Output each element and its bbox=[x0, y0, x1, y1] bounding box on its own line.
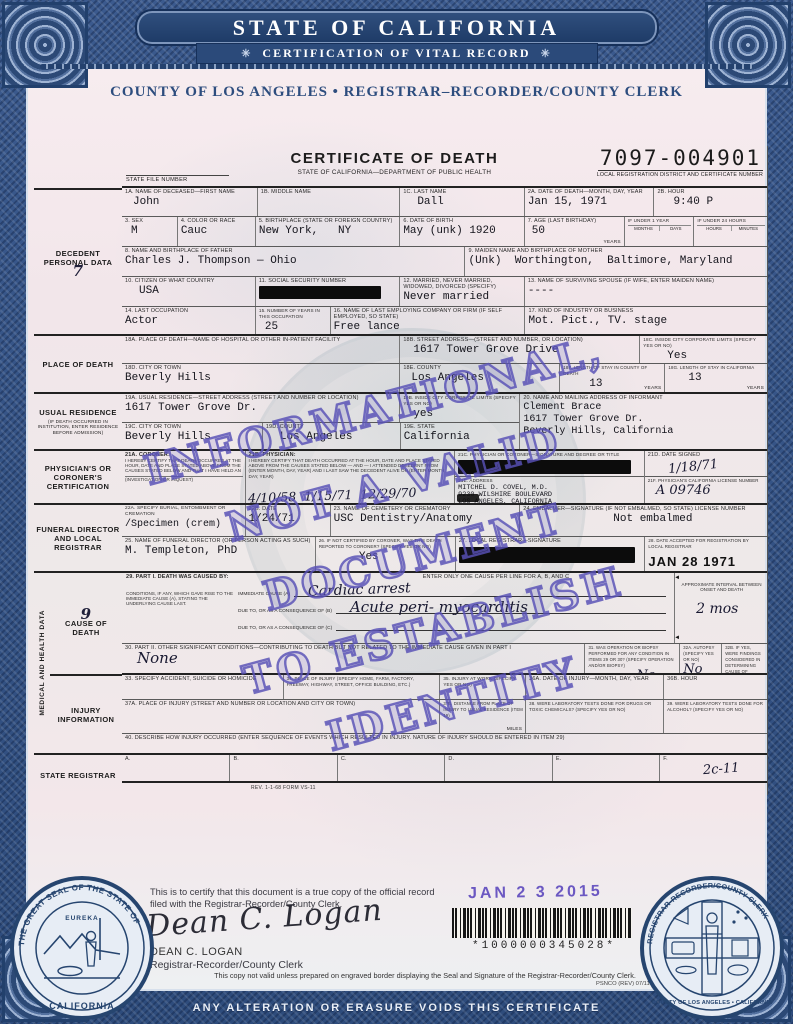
certificate-number: 7097-004901 bbox=[598, 146, 763, 171]
value: Los Angeles bbox=[280, 431, 398, 443]
registrar-title: Registrar-Recorder/County Clerk bbox=[150, 959, 303, 971]
label: 28. DATE ACCEPTED FOR REGISTRATION BY LO… bbox=[648, 538, 765, 550]
value: M. Templeton, PhD bbox=[125, 545, 313, 557]
label: 19E. STATE bbox=[404, 424, 518, 430]
handwritten-value: Acute peri- myocarditis bbox=[350, 600, 528, 614]
handwritten-value: No bbox=[683, 663, 719, 673]
section-label: INJURY INFORMATION bbox=[52, 706, 120, 724]
county-clerk-seal-graphic: REGISTRAR-RECORDER/COUNTY CLERK COUNTY O… bbox=[638, 874, 786, 1022]
registrar-col-b: B. bbox=[229, 755, 336, 781]
cause-header: 29. PART I. DEATH WAS CAUSED BY: ENTER O… bbox=[126, 574, 670, 580]
field-24-embalmer: 24. EMBALMER—SIGNATURE (IF NOT EMBALMED,… bbox=[519, 505, 767, 536]
field-7-age: 7. AGE (LAST BIRTHDAY) 50 YEARS bbox=[524, 217, 624, 246]
row-occupation: 14. LAST OCCUPATION Actor 15. NUMBER OF … bbox=[122, 306, 767, 334]
great-seal-of-california: THE GREAT SEAL OF THE STATE OF CALIFORNI… bbox=[8, 874, 156, 1022]
handwritten-value: Cardiac arrest bbox=[308, 581, 411, 599]
label: IMMEDIATE CAUSE (A) bbox=[238, 592, 290, 597]
label: 32A. AUTOPSY (SPECIFY YES OR NO) bbox=[683, 645, 719, 663]
field-1a-first-name: 1A. NAME OF DECEASED—FIRST NAME John bbox=[122, 188, 257, 216]
value: 9:40 P bbox=[673, 196, 765, 208]
label: 7. AGE (LAST BIRTHDAY) bbox=[528, 218, 622, 224]
row-burial: 22A. SPECIFY BURIAL, ENTOMBMENT OR CREMA… bbox=[122, 503, 767, 536]
label: 32B. IF YES, WERE FINDINGS CONSIDERED IN… bbox=[725, 645, 765, 673]
row-sex-race-birth: 3. SEX M 4. COLOR OR RACE Cauc 5. BIRTHP… bbox=[122, 216, 767, 246]
label: 39. WERE LABORATORY TESTS DONE FOR ALCOH… bbox=[667, 701, 765, 713]
field-19e-state: 19E. STATE California bbox=[400, 423, 520, 449]
label: 4. COLOR OR RACE bbox=[181, 218, 253, 224]
value: ---- bbox=[528, 285, 765, 297]
row-injury-description: 40. DESCRIBE HOW INJURY OCCURRED (ENTER … bbox=[122, 733, 767, 753]
row-citizen-ssn-marital: 10. CITIZEN OF WHAT COUNTRY USA 11. SOCI… bbox=[122, 276, 767, 306]
cause-note: ENTER ONLY ONE CAUSE PER LINE FOR A, B, … bbox=[322, 574, 670, 580]
field-10-citizen: 10. CITIZEN OF WHAT COUNTRY USA bbox=[122, 277, 255, 306]
field-21f-license-number: 21F. PHYSICIAN'S CALIFORNIA LICENSE NUMB… bbox=[645, 476, 767, 503]
value-line: Clement Brace bbox=[523, 402, 765, 414]
row-certification: 21A. CORONER: I HEREBY CERTIFY THAT DEAT… bbox=[122, 449, 767, 503]
state-banner-text: STATE OF CALIFORNIA bbox=[233, 15, 560, 41]
field-35-injury-at-work: 35. INJURY AT WORK (SPECIFY YES OR NO) bbox=[439, 675, 525, 699]
label: 5. BIRTHPLACE (STATE OR FOREIGN COUNTRY) bbox=[259, 218, 397, 224]
value: Beverly Hills bbox=[125, 372, 397, 384]
handwritten-note: 2c-11 bbox=[703, 760, 766, 778]
section-label-column: DECEDENT PERSONAL DATA 7 PLACE OF DEATH … bbox=[34, 146, 122, 795]
beaded-rule bbox=[40, 64, 753, 69]
vital-record-banner-text: CERTIFICATION OF VITAL RECORD bbox=[262, 46, 530, 61]
value: M bbox=[131, 225, 175, 237]
field-36a-date-of-injury: 36A. DATE OF INJURY—MONTH, DAY, YEAR bbox=[525, 675, 663, 699]
row-parents: 8. NAME AND BIRTHPLACE OF FATHER Charles… bbox=[122, 246, 767, 276]
field-12-marital-status: 12. MARRIED, NEVER MARRIED, WIDOWED, DIV… bbox=[399, 277, 523, 306]
field-29-interval-column: ◄ ◄ APPROXIMATE INTERVAL BETWEEN ONSET A… bbox=[674, 573, 767, 643]
handwritten-attendance-dates: 4/10/58 1/15/71 12/29/70 bbox=[247, 483, 454, 503]
field-21b-physician: 21B. PHYSICIAN: I HEREBY CERTIFY THAT DE… bbox=[245, 451, 455, 503]
label: 1A. NAME OF DECEASED—FIRST NAME bbox=[125, 189, 255, 195]
registrar-recorder-seal: REGISTRAR-RECORDER/COUNTY CLERK COUNTY O… bbox=[638, 874, 786, 1022]
california-seal-graphic: THE GREAT SEAL OF THE STATE OF CALIFORNI… bbox=[8, 874, 156, 1022]
field-36b-hour: 36B. HOUR bbox=[663, 675, 767, 699]
label: 29. PART I. DEATH WAS CAUSED BY: bbox=[126, 574, 322, 580]
value: 1617 Tower Grove Dr. bbox=[125, 402, 397, 414]
label: 14. LAST OCCUPATION bbox=[125, 308, 253, 314]
section-injury-information: INJURY INFORMATION bbox=[50, 674, 122, 754]
label: 1B. MIDDLE NAME bbox=[261, 189, 398, 195]
value: (Unk) Worthington, Baltimore, Maryland bbox=[468, 255, 765, 267]
state-banner: STATE OF CALIFORNIA bbox=[135, 9, 659, 46]
registrar-name: DEAN C. LOGAN bbox=[150, 946, 243, 958]
death-certificate-form: DECEDENT PERSONAL DATA 7 PLACE OF DEATH … bbox=[34, 146, 768, 795]
section-label: CAUSE OF DEATH bbox=[52, 619, 120, 637]
arrow-icon: ◄ bbox=[674, 575, 680, 581]
label: 1C. LAST NAME bbox=[403, 189, 521, 195]
field-33-accident-suicide-homicide: 33. SPECIFY ACCIDENT, SUICIDE OR HOMICID… bbox=[122, 675, 283, 699]
label: 35. INJURY AT WORK (SPECIFY YES OR NO) bbox=[443, 676, 523, 688]
value: yes bbox=[413, 408, 517, 420]
field-18e-county: 18E. COUNTY Los Angeles bbox=[399, 364, 559, 392]
label: E. bbox=[556, 756, 657, 762]
label: 6. DATE OF BIRTH bbox=[403, 218, 521, 224]
field-11-ssn: 11. SOCIAL SECURITY NUMBER bbox=[255, 277, 399, 306]
field-7-if-under-1-year: IF UNDER 1 YEAR MONTHS DAYS bbox=[624, 217, 694, 246]
sub-columns: HOURS MINUTES bbox=[697, 225, 765, 231]
field-6-date-of-birth: 6. DATE OF BIRTH May (unk) 1920 bbox=[399, 217, 523, 246]
label: 25. NAME OF FUNERAL DIRECTOR (OR PERSON … bbox=[125, 538, 313, 544]
sub-columns: MONTHS DAYS bbox=[628, 225, 692, 231]
svg-text:EUREKA: EUREKA bbox=[65, 915, 98, 922]
value: Free lance bbox=[334, 321, 523, 333]
registration-date-stamp: JAN 28 1971 bbox=[648, 554, 765, 569]
corner-ornament-top-left bbox=[2, 2, 88, 88]
section-funeral-director: FUNERAL DIRECTOR AND LOCAL REGISTRAR bbox=[34, 503, 122, 571]
label: 22A. SPECIFY BURIAL, ENTOMBMENT OR CREMA… bbox=[125, 506, 243, 518]
value: USA bbox=[139, 285, 253, 297]
label: 8. NAME AND BIRTHPLACE OF FATHER bbox=[125, 248, 462, 254]
value: 13 bbox=[688, 372, 765, 384]
label: 18E. COUNTY bbox=[403, 365, 557, 371]
label: 37B. DISTANCE FROM PLACE OF INJURY TO US… bbox=[443, 701, 523, 719]
value: 1/24/71 bbox=[249, 513, 328, 525]
label: 24. EMBALMER—SIGNATURE (IF NOT EMBALMED,… bbox=[523, 506, 765, 512]
label: 13. NAME OF SURVIVING SPOUSE (IF WIFE, E… bbox=[528, 278, 765, 284]
cause-line-b: DUE TO, OR AS A CONSEQUENCE OF (B) Acute… bbox=[238, 598, 670, 614]
field-7-if-under-24-hours: IF UNDER 24 HOURS HOURS MINUTES bbox=[693, 217, 767, 246]
section-physician-certification: PHYSICIAN'S OR CORONER'S CERTIFICATION bbox=[34, 449, 122, 503]
certificate-number-box: 7097-004901 LOCAL REGISTRATION DISTRICT … bbox=[539, 146, 767, 186]
subrow-19a-19b: 19A. USUAL RESIDENCE—STREET ADDRESS (STR… bbox=[122, 394, 519, 422]
redaction-bar bbox=[459, 547, 635, 563]
label: DUE TO, OR AS A CONSEQUENCE OF (C) bbox=[238, 626, 332, 631]
cause-line-a: IMMEDIATE CAUSE (A) Cardiac arrest bbox=[238, 581, 670, 597]
label: 34. PLACE OF INJURY (SPECIFY HOME, FARM,… bbox=[287, 676, 438, 688]
corner-ornament-top-right bbox=[705, 2, 791, 88]
label: 12. MARRIED, NEVER MARRIED, WIDOWED, DIV… bbox=[403, 278, 521, 290]
handwritten-value: None bbox=[137, 651, 582, 665]
value: 50 bbox=[532, 225, 622, 237]
registrar-col-c: C. bbox=[337, 755, 444, 781]
row-injury-1: 33. SPECIFY ACCIDENT, SUICIDE OR HOMICID… bbox=[122, 673, 767, 699]
field-18c-inside-city-limits: 18C. INSIDE CITY CORPORATE LIMITS (SPECI… bbox=[639, 336, 767, 363]
field-37b-distance: 37B. DISTANCE FROM PLACE OF INJURY TO US… bbox=[439, 700, 525, 733]
field-21c-signature: 21C. PHYSICIAN OR CORONER—SIGNATURE AND … bbox=[455, 451, 644, 476]
field-18g-length-of-stay-california: 18G. LENGTH OF STAY IN CALIFORNIA 13 YEA… bbox=[664, 364, 767, 392]
handwritten-mark: 7 bbox=[73, 267, 84, 276]
section-label: FUNERAL DIRECTOR AND LOCAL REGISTRAR bbox=[36, 525, 120, 552]
field-16-employing-company: 16. NAME OF LAST EMPLOYING COMPANY OR FI… bbox=[330, 307, 525, 334]
field-19d-county: 19D. COUNTY Los Angeles bbox=[262, 423, 400, 449]
label: B. bbox=[233, 756, 334, 762]
row-place-of-death: 18A. PLACE OF DEATH—NAME OF HOSPITAL OR … bbox=[122, 334, 767, 363]
field-13-surviving-spouse: 13. NAME OF SURVIVING SPOUSE (IF WIFE, E… bbox=[524, 277, 767, 306]
section-place-of-death: PLACE OF DEATH bbox=[34, 334, 122, 392]
row-state-registrar: A. B. C. D. E. F. 2c-11 bbox=[122, 753, 767, 783]
label: 26. IF NOT CERTIFIED BY CORONER, WAS THI… bbox=[319, 538, 453, 550]
label: 18F. LENGTH OF STAY IN COUNTY OF DEATH bbox=[563, 365, 662, 377]
value-line: 1617 Tower Grove Dr. bbox=[523, 414, 765, 426]
field-18d-city: 18D. CITY OR TOWN Beverly Hills bbox=[122, 364, 399, 392]
label: 38. WERE LABORATORY TESTS DONE FOR DRUGS… bbox=[529, 701, 661, 713]
value: 1617 Tower Grove Drive bbox=[413, 344, 637, 356]
county-line: COUNTY OF LOS ANGELES • REGISTRAR–RECORD… bbox=[0, 84, 793, 101]
redaction-bar bbox=[458, 460, 631, 474]
label: 33. SPECIFY ACCIDENT, SUICIDE OR HOMICID… bbox=[125, 676, 281, 682]
entry-line: Acute peri- myocarditis bbox=[336, 598, 666, 614]
entry-line: Cardiac arrest bbox=[294, 581, 666, 597]
section-label: USUAL RESIDENCE bbox=[39, 408, 117, 417]
field-14-last-occupation: 14. LAST OCCUPATION Actor bbox=[122, 307, 255, 334]
certification-text: I HEREBY CERTIFY THAT DEATH OCCURRED AT … bbox=[125, 458, 243, 474]
value: Never married bbox=[403, 291, 521, 303]
unit-label: MILES bbox=[507, 727, 522, 732]
vertical-label-text: MEDICAL AND HEALTH DATA bbox=[38, 610, 47, 716]
unit-label: YEARS bbox=[747, 386, 764, 391]
label: 18B. STREET ADDRESS—(STREET AND NUMBER, … bbox=[403, 337, 637, 343]
label: 31. WAS OPERATION OR BIOPSY PERFORMED FO… bbox=[588, 645, 677, 669]
label: 15. NUMBER OF YEARS IN THIS OCCUPATION bbox=[259, 308, 328, 320]
title-block: STATE FILE NUMBER CERTIFICATE OF DEATH S… bbox=[122, 146, 767, 188]
value: USC Dentistry/Anatomy bbox=[334, 513, 518, 525]
ink-stamp-blot bbox=[457, 494, 479, 502]
label: 11. SOCIAL SECURITY NUMBER bbox=[259, 278, 397, 284]
certificate-title: CERTIFICATE OF DEATH bbox=[250, 150, 538, 167]
section-label: PLACE OF DEATH bbox=[43, 360, 114, 369]
subrow-19c-19e: 19C. CITY OR TOWN Beverly Hills 19D. COU… bbox=[122, 422, 519, 449]
handwritten-value: A 09746 bbox=[656, 484, 765, 498]
field-28-date-accepted: 28. DATE ACCEPTED FOR REGISTRATION BY LO… bbox=[644, 537, 767, 571]
label: IF UNDER 1 YEAR bbox=[628, 218, 692, 224]
label: 36A. DATE OF INJURY—MONTH, DAY, YEAR bbox=[529, 676, 661, 682]
field-30-other-significant-conditions: 30. PART II. OTHER SIGNIFICANT CONDITION… bbox=[122, 644, 584, 673]
conditions-label: CONDITIONS, IF ANY, WHICH GAVE RISE TO T… bbox=[126, 591, 234, 607]
label: DUE TO, OR AS A CONSEQUENCE OF (B) bbox=[238, 609, 332, 614]
label: 27. LOCAL REGISTRAR—SIGNATURE bbox=[459, 538, 643, 544]
state-file-number-box: STATE FILE NUMBER bbox=[122, 146, 250, 186]
entry-line bbox=[336, 615, 666, 631]
vital-record-banner: ✳ CERTIFICATION OF VITAL RECORD ✳ bbox=[196, 43, 598, 64]
local-registration-label: LOCAL REGISTRATION DISTRICT AND CERTIFIC… bbox=[539, 172, 763, 178]
label: 18A. PLACE OF DEATH—NAME OF HOSPITAL OR … bbox=[125, 337, 397, 343]
field-21e-address: 21E. ADDRESS MITCHEL D. COVEL, M.D. 9230… bbox=[455, 476, 644, 503]
field-1c-last-name: 1C. LAST NAME Dall bbox=[399, 188, 523, 216]
registrar-col-a: A. bbox=[122, 755, 229, 781]
usual-residence-block: 19A. USUAL RESIDENCE—STREET ADDRESS (STR… bbox=[122, 394, 519, 449]
label: 16. NAME OF LAST EMPLOYING COMPANY OR FI… bbox=[334, 308, 523, 320]
sub-label: MONTHS bbox=[628, 226, 659, 231]
value: Mot. Pict., TV. stage bbox=[528, 315, 765, 327]
value: /Specimen (crem) bbox=[125, 519, 243, 531]
signature-address-block: 21C. PHYSICIAN OR CORONER—SIGNATURE AND … bbox=[454, 451, 644, 503]
registrar-col-f: F. 2c-11 bbox=[659, 755, 767, 781]
row-injury-2: 37A. PLACE OF INJURY (STREET AND NUMBER … bbox=[122, 699, 767, 733]
field-27-local-registrar-signature: 27. LOCAL REGISTRAR—SIGNATURE bbox=[455, 537, 645, 571]
value: Actor bbox=[125, 315, 253, 327]
issue-date-stamp: JAN 2 3 2015 bbox=[468, 883, 603, 903]
value: Los Angeles bbox=[411, 372, 557, 384]
field-5-birthplace: 5. BIRTHPLACE (STATE OR FOREIGN COUNTRY)… bbox=[255, 217, 399, 246]
value-line: Beverly Hills, California bbox=[523, 426, 765, 438]
field-22a-burial-type: 22A. SPECIFY BURIAL, ENTOMBMENT OR CREMA… bbox=[122, 505, 245, 536]
label: 2B. HOUR bbox=[657, 189, 765, 195]
certification-line-1: This is to certify that this document is… bbox=[150, 887, 435, 899]
arrow-icon: ◄ bbox=[674, 635, 680, 641]
registrar-col-d: D. bbox=[444, 755, 551, 781]
unit-label: YEARS bbox=[644, 386, 661, 391]
row-funeral-director: 25. NAME OF FUNERAL DIRECTOR (OR PERSON … bbox=[122, 536, 767, 571]
label: 18D. CITY OR TOWN bbox=[125, 365, 397, 371]
certificate-title-box: CERTIFICATE OF DEATH STATE OF CALIFORNIA… bbox=[250, 146, 538, 186]
value: Yes bbox=[359, 551, 453, 563]
certification-text: I HEREBY CERTIFY THAT DEATH OCCURRED AT … bbox=[249, 458, 453, 479]
field-34-place-of-injury-type: 34. PLACE OF INJURY (SPECIFY HOME, FARM,… bbox=[283, 675, 440, 699]
svg-text:CALIFORNIA: CALIFORNIA bbox=[49, 1001, 115, 1011]
value: Cauc bbox=[181, 225, 253, 237]
field-4-color-or-race: 4. COLOR OR RACE Cauc bbox=[177, 217, 255, 246]
star-ornament-icon: ✳ bbox=[541, 47, 552, 60]
label: 22B. DATE bbox=[249, 506, 328, 512]
form-revision-note: REV. 1-1-68 FORM VS-11 bbox=[122, 783, 767, 795]
label: D. bbox=[448, 756, 549, 762]
field-37a-place-of-injury: 37A. PLACE OF INJURY (STREET AND NUMBER … bbox=[122, 700, 439, 733]
label: 10. CITIZEN OF WHAT COUNTRY bbox=[125, 278, 253, 284]
registrar-col-e: E. bbox=[552, 755, 659, 781]
value: Jan 15, 1971 bbox=[528, 196, 652, 208]
sub-label: MINUTES bbox=[731, 226, 765, 231]
label: 17. KIND OF INDUSTRY OR BUSINESS bbox=[528, 308, 765, 314]
leftcol-spacer bbox=[34, 146, 122, 188]
redaction-bar bbox=[259, 286, 381, 299]
svg-text:COUNTY OF LOS ANGELES • CALIFO: COUNTY OF LOS ANGELES • CALIFORNIA bbox=[652, 1000, 773, 1006]
interval-label: APPROXIMATE INTERVAL BETWEEN ONSET AND D… bbox=[678, 582, 765, 592]
field-32b-findings-considered: 32B. IF YES, WERE FINDINGS CONSIDERED IN… bbox=[721, 644, 767, 673]
row-cause-of-death: 29. PART I. DEATH WAS CAUSED BY: ENTER O… bbox=[122, 571, 767, 643]
section-sublabel: (IF DEATH OCCURRED IN INSTITUTION, ENTER… bbox=[36, 419, 120, 436]
certificate-page: STATE OF CALIFORNIA ✳ CERTIFICATION OF V… bbox=[0, 0, 793, 1024]
cause-line-c: DUE TO, OR AS A CONSEQUENCE OF (C) bbox=[238, 615, 670, 631]
certificate-subtitle: STATE OF CALIFORNIA—DEPARTMENT OF PUBLIC… bbox=[250, 169, 538, 176]
field-2a-date-of-death: 2A. DATE OF DEATH—MONTH, DAY, YEAR Jan 1… bbox=[524, 188, 654, 216]
label: 36B. HOUR bbox=[667, 676, 765, 682]
value: California bbox=[404, 431, 518, 443]
label: 18C. INSIDE CITY CORPORATE LIMITS (SPECI… bbox=[643, 337, 765, 349]
field-40-how-injury-occurred: 40. DESCRIBE HOW INJURY OCCURRED (ENTER … bbox=[122, 734, 767, 753]
section-label: STATE REGISTRAR bbox=[40, 771, 116, 780]
state-file-number-label: STATE FILE NUMBER bbox=[126, 175, 229, 183]
section-cause-of-death: 9 CAUSE OF DEATH bbox=[50, 572, 122, 674]
field-15-years-in-occupation: 15. NUMBER OF YEARS IN THIS OCCUPATION 2… bbox=[255, 307, 330, 334]
field-18f-length-of-stay-county: 18F. LENGTH OF STAY IN COUNTY OF DEATH 1… bbox=[559, 364, 664, 392]
field-23-cemetery: 23. NAME OF CEMETERY OR CREMATORY USC De… bbox=[330, 505, 520, 536]
value: 25 bbox=[265, 321, 328, 333]
row-other-conditions: 30. PART II. OTHER SIGNIFICANT CONDITION… bbox=[122, 643, 767, 673]
label: 3. SEX bbox=[125, 218, 175, 224]
label: 23. NAME OF CEMETERY OR CREMATORY bbox=[334, 506, 518, 512]
section-decedent: DECEDENT PERSONAL DATA 7 bbox=[34, 188, 122, 334]
sub-label: HOURS bbox=[697, 226, 730, 231]
field-2b-hour: 2B. HOUR 9:40 P bbox=[653, 188, 767, 216]
field-38-lab-tests-drugs: 38. WERE LABORATORY TESTS DONE FOR DRUGS… bbox=[525, 700, 663, 733]
handwritten-mark: 9 bbox=[81, 610, 92, 619]
section-medical-health: MEDICAL AND HEALTH DATA 9 CAUSE OF DEATH… bbox=[34, 571, 122, 753]
field-20-informant: 20. NAME AND MAILING ADDRESS OF INFORMAN… bbox=[519, 394, 767, 449]
barcode bbox=[452, 908, 632, 938]
value: Dall bbox=[417, 196, 521, 208]
value: New York, NY bbox=[259, 225, 397, 237]
barcode-text: *1000000345028* bbox=[446, 940, 642, 952]
handwritten-value: 2 mos bbox=[696, 602, 765, 616]
alteration-warning: ANY ALTERATION OR ERASURE VOIDS THIS CER… bbox=[193, 1002, 601, 1014]
field-21d-date-signed: 21D. DATE SIGNED 1/18/71 bbox=[645, 451, 767, 476]
field-8-father: 8. NAME AND BIRTHPLACE OF FATHER Charles… bbox=[122, 247, 464, 276]
unit-label: YEARS bbox=[604, 240, 621, 245]
label: 19B. INSIDE CITY CORPORATE LIMITS (SPECI… bbox=[403, 395, 517, 407]
sub-label: DAYS bbox=[659, 226, 691, 231]
star-ornament-icon: ✳ bbox=[241, 47, 252, 60]
label: 19D. COUNTY bbox=[266, 424, 398, 430]
form-grid: STATE FILE NUMBER CERTIFICATE OF DEATH S… bbox=[122, 146, 768, 795]
validity-fine-print: This copy not valid unless prepared on e… bbox=[185, 971, 665, 980]
field-19a-residence-street: 19A. USUAL RESIDENCE—STREET ADDRESS (STR… bbox=[122, 394, 399, 422]
label: 19C. CITY OR TOWN bbox=[125, 424, 260, 430]
label: 2A. DATE OF DEATH—MONTH, DAY, YEAR bbox=[528, 189, 652, 195]
field-26-reported-to-coroner: 26. IF NOT CERTIFIED BY CORONER, WAS THI… bbox=[315, 537, 455, 571]
label: 37A. PLACE OF INJURY (STREET AND NUMBER … bbox=[125, 701, 437, 707]
certification-foot: (INVESTIGATION OR INQUEST) bbox=[125, 476, 243, 482]
field-9-mother: 9. MAIDEN NAME AND BIRTHPLACE OF MOTHER … bbox=[464, 247, 767, 276]
field-32a-autopsy: 32A. AUTOPSY (SPECIFY YES OR NO) No bbox=[679, 644, 721, 673]
label: 18G. LENGTH OF STAY IN CALIFORNIA bbox=[668, 365, 765, 371]
label: 19A. USUAL RESIDENCE—STREET ADDRESS (STR… bbox=[125, 395, 397, 401]
field-25-funeral-director: 25. NAME OF FUNERAL DIRECTOR (OR PERSON … bbox=[122, 537, 315, 571]
section-label: PHYSICIAN'S OR CORONER'S CERTIFICATION bbox=[36, 464, 120, 491]
value: Not embalmed bbox=[613, 513, 765, 525]
field-1b-middle-name: 1B. MIDDLE NAME bbox=[257, 188, 400, 216]
field-17-industry: 17. KIND OF INDUSTRY OR BUSINESS Mot. Pi… bbox=[524, 307, 767, 334]
value: Beverly Hills bbox=[125, 431, 260, 443]
label: 20. NAME AND MAILING ADDRESS OF INFORMAN… bbox=[523, 395, 765, 401]
field-21a-coroner: 21A. CORONER: I HEREBY CERTIFY THAT DEAT… bbox=[122, 451, 245, 503]
value: John bbox=[133, 196, 255, 208]
section-state-registrar: STATE REGISTRAR bbox=[34, 753, 122, 795]
medical-health-vertical-label: MEDICAL AND HEALTH DATA bbox=[34, 610, 50, 716]
field-3-sex: 3. SEX M bbox=[122, 217, 177, 246]
label: C. bbox=[341, 756, 442, 762]
label: 21C. PHYSICIAN OR CORONER—SIGNATURE AND … bbox=[458, 452, 642, 458]
label: 9. MAIDEN NAME AND BIRTHPLACE OF MOTHER bbox=[468, 248, 765, 254]
label: IF UNDER 24 HOURS bbox=[697, 218, 765, 224]
value: Charles J. Thompson — Ohio bbox=[125, 255, 462, 267]
field-39-lab-tests-alcohol: 39. WERE LABORATORY TESTS DONE FOR ALCOH… bbox=[663, 700, 767, 733]
field-29-cause-part1: 29. PART I. DEATH WAS CAUSED BY: ENTER O… bbox=[122, 573, 674, 643]
field-31-operation-biopsy: 31. WAS OPERATION OR BIOPSY PERFORMED FO… bbox=[584, 644, 679, 673]
row-place-of-death-city: 18D. CITY OR TOWN Beverly Hills 18E. COU… bbox=[122, 363, 767, 392]
label: A. bbox=[125, 756, 227, 762]
label: 40. DESCRIBE HOW INJURY OCCURRED (ENTER … bbox=[125, 735, 765, 741]
section-usual-residence: USUAL RESIDENCE (IF DEATH OCCURRED IN IN… bbox=[34, 392, 122, 449]
field-19b-inside-city-limits: 19B. INSIDE CITY CORPORATE LIMITS (SPECI… bbox=[399, 394, 519, 422]
field-19c-city: 19C. CITY OR TOWN Beverly Hills bbox=[122, 423, 262, 449]
row-usual-residence: 19A. USUAL RESIDENCE—STREET ADDRESS (STR… bbox=[122, 392, 767, 449]
date-license-block: 21D. DATE SIGNED 1/18/71 21F. PHYSICIAN'… bbox=[644, 451, 767, 503]
field-18a-facility: 18A. PLACE OF DEATH—NAME OF HOSPITAL OR … bbox=[122, 336, 399, 363]
row-name-of-deceased: 1A. NAME OF DECEASED—FIRST NAME John 1B.… bbox=[122, 188, 767, 216]
value: May (unk) 1920 bbox=[403, 225, 521, 237]
value: Yes bbox=[667, 350, 765, 362]
field-18b-street-address: 18B. STREET ADDRESS—(STREET AND NUMBER, … bbox=[399, 336, 639, 363]
field-22b-burial-date: 22B. DATE 1/24/71 bbox=[245, 505, 330, 536]
